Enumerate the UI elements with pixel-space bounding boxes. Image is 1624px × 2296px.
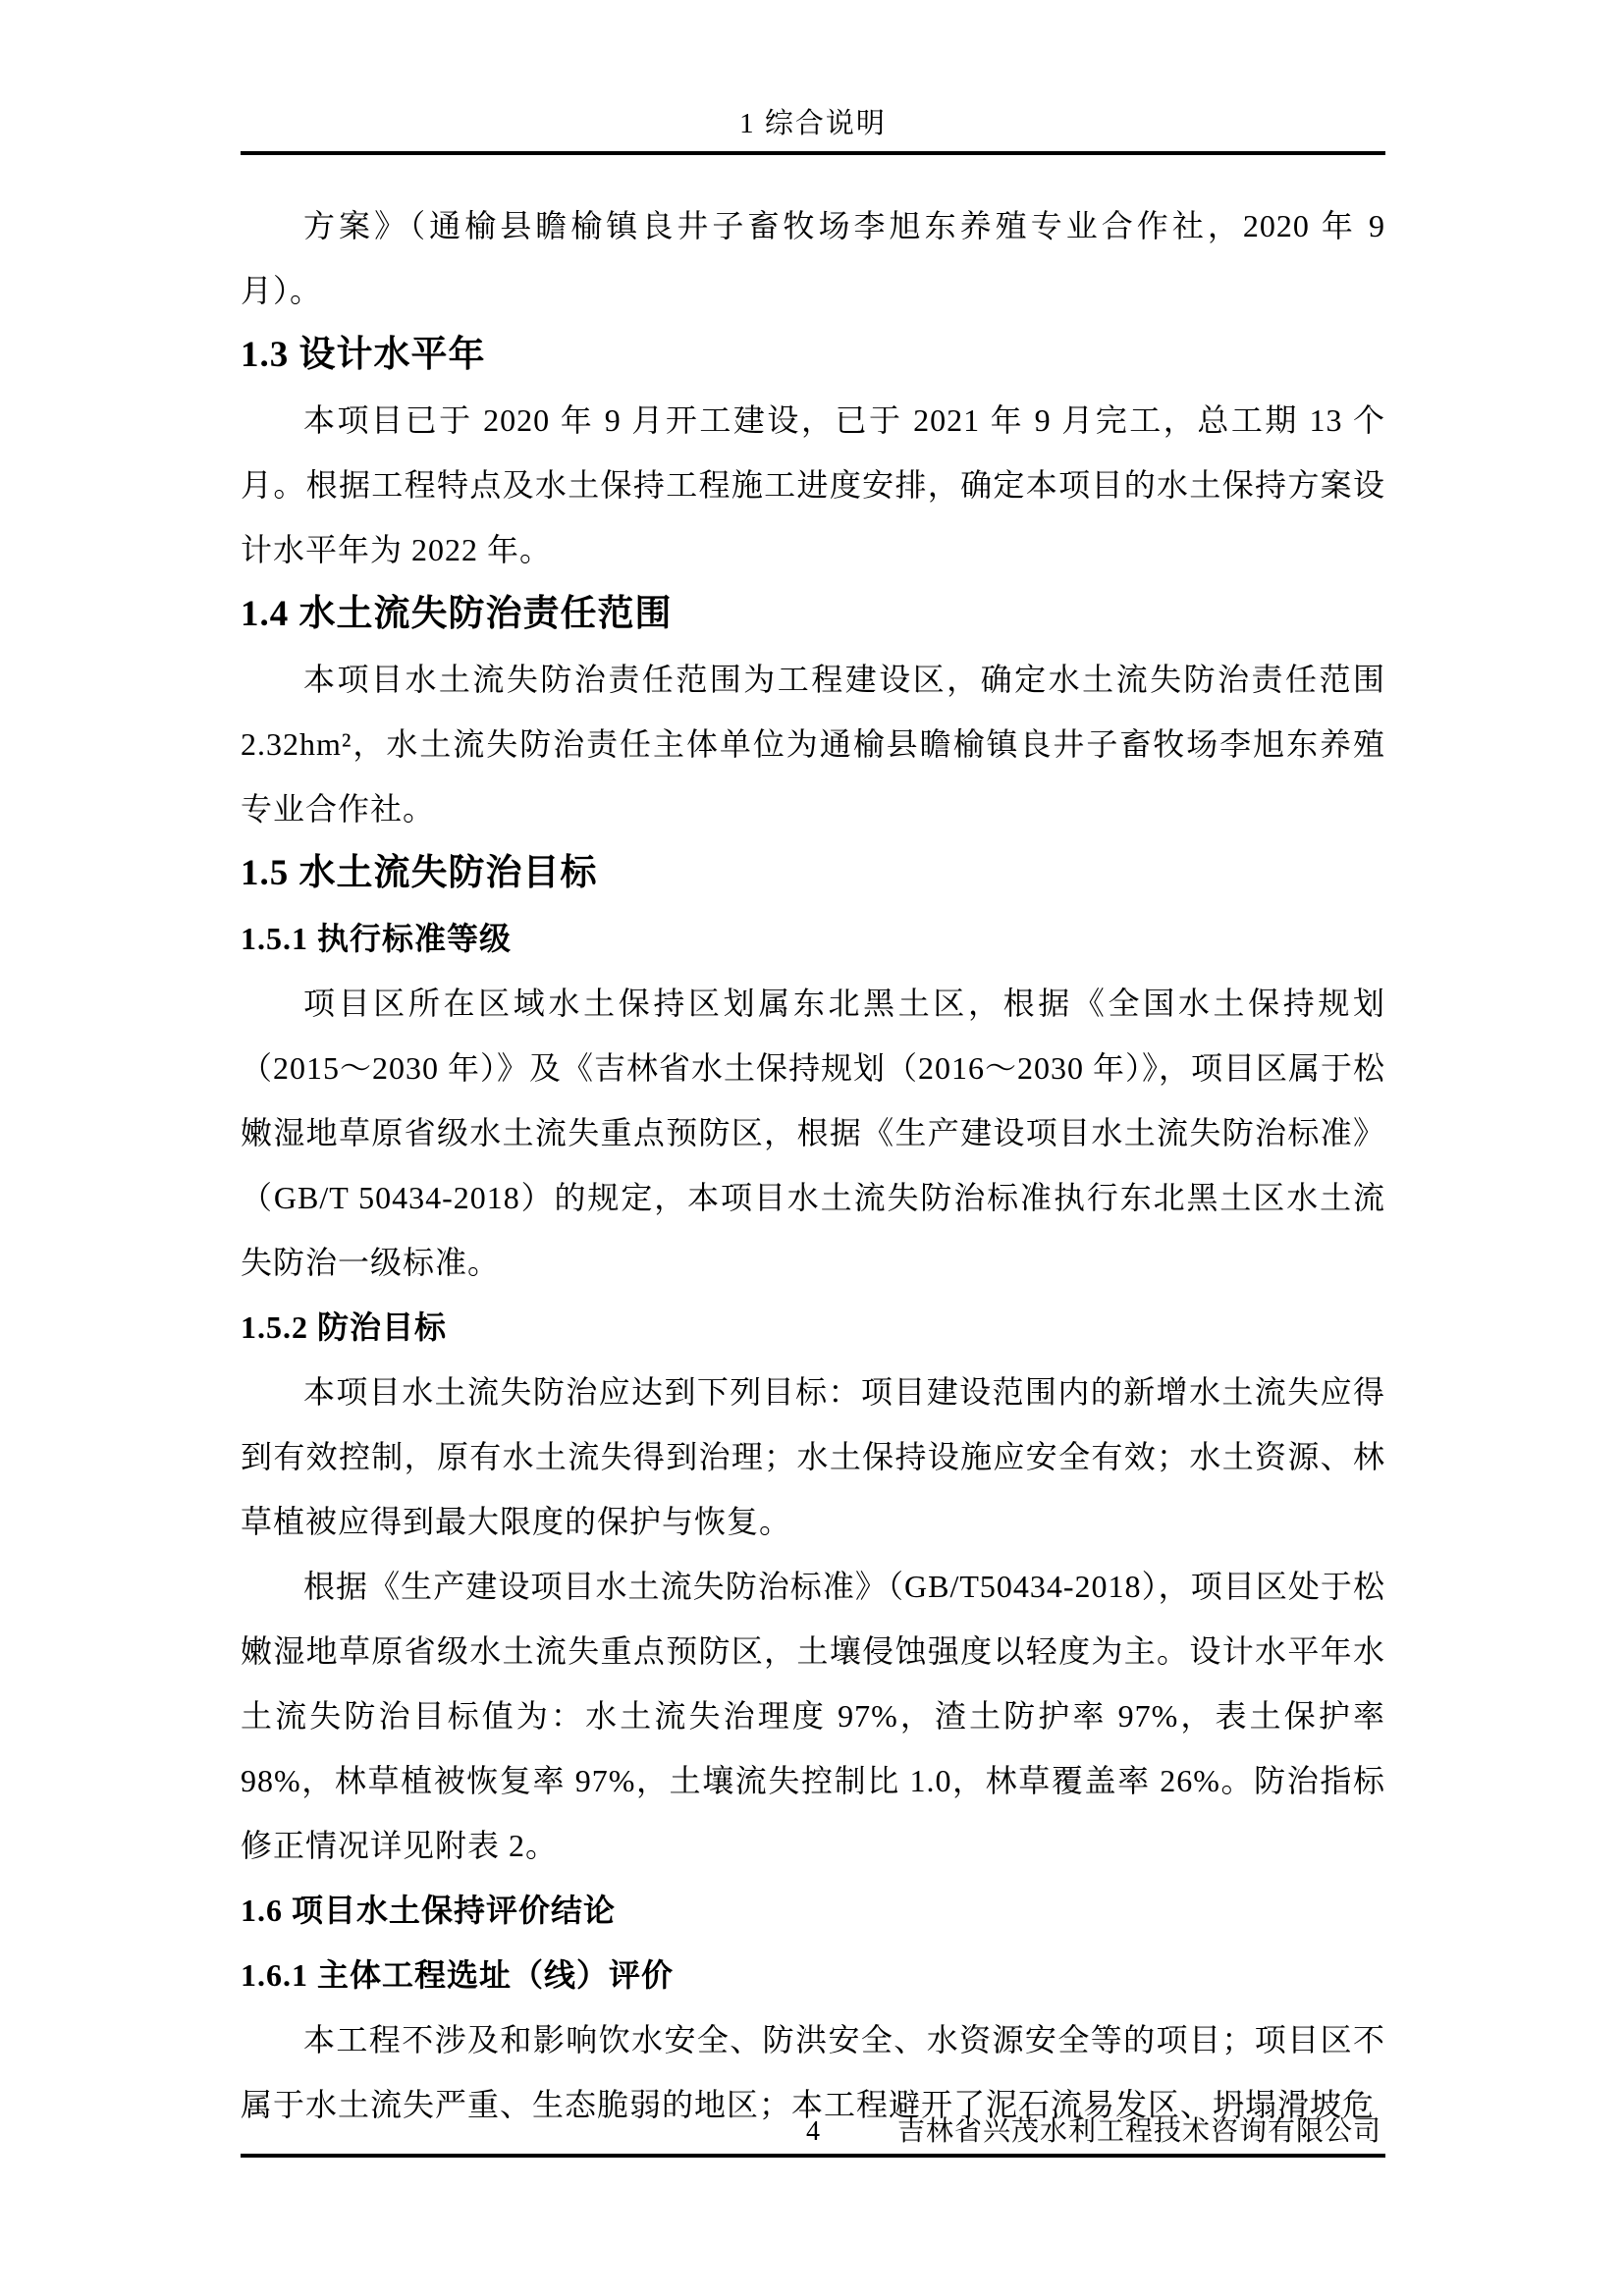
heading-1-6: 1.6 项目水土保持评价结论 bbox=[241, 1878, 1385, 1943]
page-footer: 4 吉林省兴茂水利工程技术咨询有限公司 bbox=[241, 2110, 1385, 2158]
document-content: 方案》（通榆县瞻榆镇良井子畜牧场李旭东养殖专业合作社，2020 年 9 月）。 … bbox=[241, 193, 1385, 2137]
heading-1-4: 1.4 水土流失防治责任范围 bbox=[241, 582, 1385, 647]
heading-1-6-1: 1.6.1 主体工程选址（线）评价 bbox=[241, 1943, 1385, 2007]
header-title: 1 综合说明 bbox=[241, 106, 1385, 141]
heading-1-3: 1.3 设计水平年 bbox=[241, 323, 1385, 388]
paragraph-intro-continuation: 方案》（通榆县瞻榆镇良井子畜牧场李旭东养殖专业合作社，2020 年 9 月）。 bbox=[241, 193, 1385, 323]
paragraph-1-4: 本项目水土流失防治责任范围为工程建设区，确定水土流失防治责任范围 2.32hm²… bbox=[241, 647, 1385, 841]
page-header: 1 综合说明 bbox=[241, 106, 1385, 155]
footer-company-name: 吉林省兴茂水利工程技术咨询有限公司 bbox=[897, 2110, 1381, 2154]
paragraph-1-5-2-goals: 本项目水土流失防治应达到下列目标：项目建设范围内的新增水土流失应得到有效控制，原… bbox=[241, 1360, 1385, 1554]
paragraph-1-3: 本项目已于 2020 年 9 月开工建设，已于 2021 年 9 月完工，总工期… bbox=[241, 388, 1385, 582]
document-page: 1 综合说明 方案》（通榆县瞻榆镇良井子畜牧场李旭东养殖专业合作社，2020 年… bbox=[0, 0, 1624, 2296]
paragraph-1-5-1: 项目区所在区域水土保持区划属东北黑土区，根据《全国水土保持规划（2015～203… bbox=[241, 971, 1385, 1295]
header-rule bbox=[241, 151, 1385, 155]
footer-page-number: 4 bbox=[806, 2110, 820, 2154]
footer-row: 4 吉林省兴茂水利工程技术咨询有限公司 bbox=[241, 2110, 1385, 2154]
heading-1-5: 1.5 水土流失防治目标 bbox=[241, 841, 1385, 906]
heading-1-5-2: 1.5.2 防治目标 bbox=[241, 1295, 1385, 1360]
paragraph-1-5-2-targets: 根据《生产建设项目水土流失防治标准》（GB/T50434-2018），项目区处于… bbox=[241, 1554, 1385, 1878]
footer-rule bbox=[241, 2154, 1385, 2158]
heading-1-5-1: 1.5.1 执行标准等级 bbox=[241, 906, 1385, 971]
